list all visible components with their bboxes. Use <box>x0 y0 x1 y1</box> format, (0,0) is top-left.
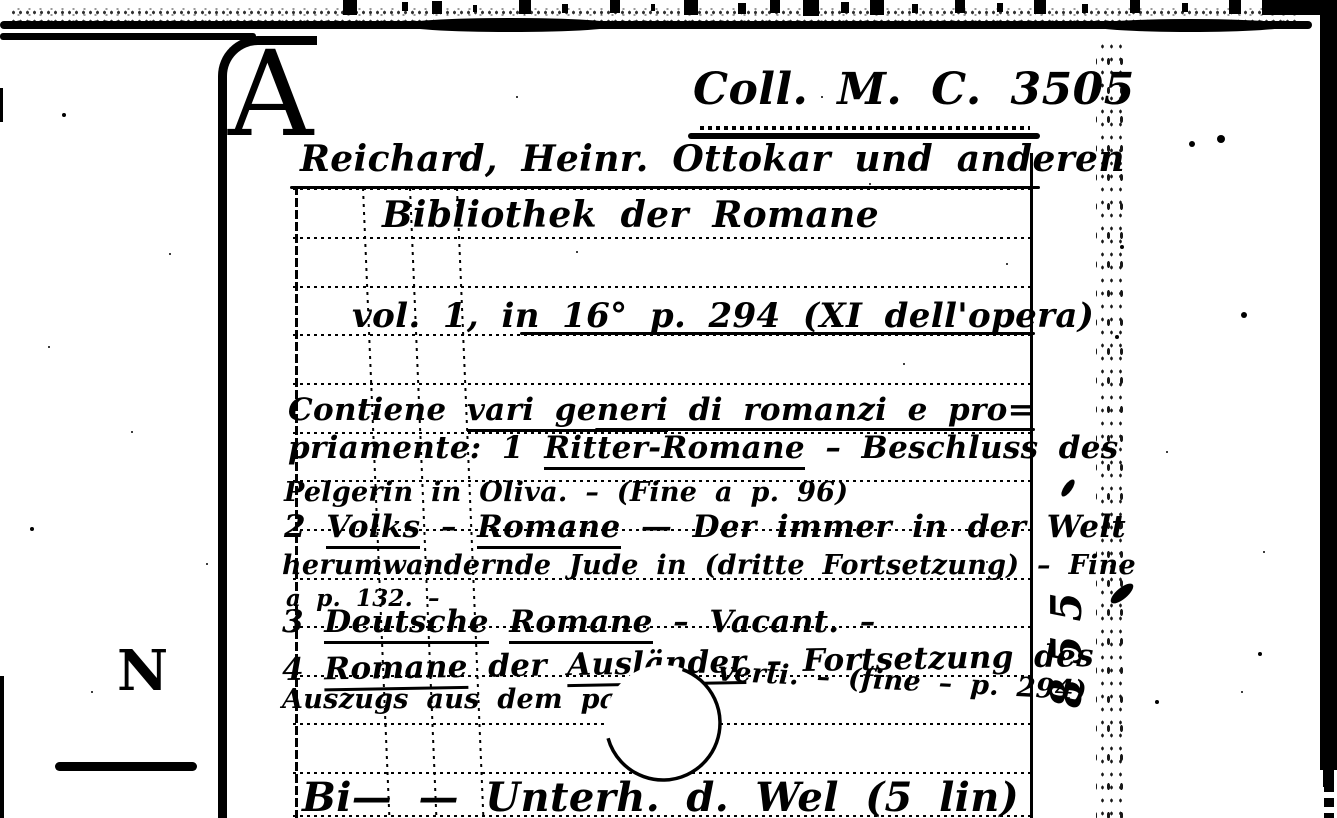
note-text: – <box>420 509 477 545</box>
note-line: 3 Deutsche Romane – Vacant. – <box>282 604 876 640</box>
scan-artifact-right-bar <box>1320 0 1337 770</box>
scan-artifact-noise-strip <box>1096 40 1123 818</box>
note-text-underlined: Romane <box>509 604 652 644</box>
scan-artifact-ink-lump <box>1090 19 1290 32</box>
scan-artifact-left-mark <box>0 88 3 122</box>
note-text: di romanzi e pro= <box>668 392 1034 428</box>
note-line: Contiene vari generi di romanzi e pro= <box>288 392 1034 428</box>
note-text-underlined: Volks <box>326 509 420 549</box>
note-line: Pelgerin in Oliva. – (Fine a p. 96) <box>284 477 848 508</box>
author-line: Reichard, Heinr. Ottokar und anderen <box>300 138 1125 180</box>
scan-artifact-top-band <box>0 0 1337 46</box>
scanned-catalog-card: A N Coll. M. C. 3505 Reichard, Heinr. Ot… <box>0 0 1337 818</box>
note-text-underlined: Romane <box>477 509 620 549</box>
title-line: Bibliothek der Romane <box>382 194 879 236</box>
note-text: – Beschluss des <box>805 430 1119 466</box>
note-text-underlined: Ritter-Romane <box>544 430 805 470</box>
scan-artifact-top-right-block <box>1262 0 1337 15</box>
note-line: herumwandernde Jude in (dritte Fortsetzu… <box>282 550 1136 581</box>
scan-artifact-right-bar-tail <box>1324 768 1334 818</box>
punch-hole <box>597 657 729 789</box>
note-text: der <box>467 647 567 685</box>
note-text: 2 <box>284 509 326 545</box>
margin-letter: N <box>117 638 168 704</box>
note-text-underlined: vari generi <box>467 392 668 432</box>
note-text <box>489 604 509 640</box>
note-text: herumwandernde Jude in (dritte Fortsetzu… <box>282 550 1136 581</box>
note-text: Contiene <box>288 392 467 428</box>
collection-mark: Coll. M. C. 3505 <box>693 64 1135 115</box>
margin-dash <box>55 762 197 771</box>
side-sheet-number: 855 <box>1042 578 1091 708</box>
note-text: priamente: 1 <box>288 430 544 466</box>
collection-mark-underline <box>700 126 1030 130</box>
note-text: — Der immer in der Welt <box>621 509 1127 545</box>
note-text: 4 <box>282 651 325 688</box>
note-text: Auszugs aus dem pay <box>282 684 633 715</box>
note-line: priamente: 1 Ritter-Romane – Beschluss d… <box>288 430 1119 466</box>
scan-artifact-left-edge <box>0 676 4 818</box>
scan-artifact-specks <box>0 0 4 4</box>
note-text: – Vacant. – <box>653 604 876 640</box>
note-line: 2 Volks – Romane — Der immer in der Welt <box>284 509 1126 545</box>
note-text: Pelgerin in Oliva. – (Fine a p. 96) <box>284 477 848 508</box>
volume-line: vol. 1, in 16° p. 294 (XI dell'opera) <box>352 296 1094 336</box>
note-line: Auszugs aus dem pay <box>282 684 633 715</box>
scan-artifact-ink-lump <box>400 18 620 32</box>
scan-artifact-left-rule <box>0 33 256 40</box>
note-text: 3 <box>282 604 324 640</box>
note-text-underlined: Deutsche <box>324 604 489 644</box>
